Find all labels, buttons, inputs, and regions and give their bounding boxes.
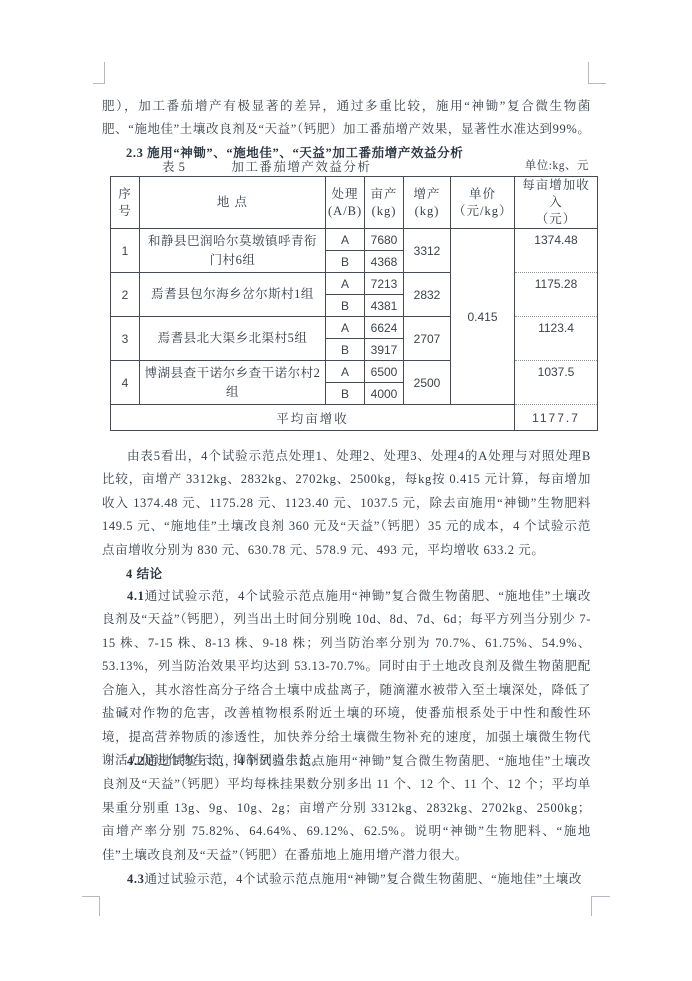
- crop-mark-top-left-icon: [93, 62, 105, 84]
- treatment-a-cell: A: [326, 317, 365, 339]
- income-cell: 1037.5: [515, 361, 598, 405]
- header-treatment: 处理(A/B): [326, 177, 365, 229]
- analysis-paragraph: 由表5看出，4个试验示范点处理1、处理2、处理3、处理4的A处理与对照处理B比较…: [102, 445, 591, 563]
- header-location: 地 点: [140, 177, 326, 229]
- conclusion-4-1-text: 通过试验示范，4个试验示范点施用“神锄”复合微生物菌肥、“施地佳”土壤改良剂及“…: [102, 589, 591, 768]
- table-label: 表 5: [110, 157, 185, 175]
- crop-mark-bottom-left-icon: [82, 896, 100, 916]
- average-income-value: 1177.7: [515, 405, 598, 431]
- treatment-b-cell: B: [326, 339, 365, 361]
- conclusion-4-2-label: 4.2: [127, 754, 144, 768]
- treatment-b-cell: B: [326, 295, 365, 317]
- yield-a-cell: 7680: [365, 229, 404, 251]
- conclusion-heading: 4 结论: [102, 563, 591, 587]
- conclusion-4-2-text: 通过试验示范，4个试验示范点施用“神锄”复合微生物菌肥、“施地佳”土壤改良剂及“…: [102, 754, 591, 862]
- conclusion-4-3-label: 4.3: [127, 872, 144, 886]
- header-unit-price: 单价（元/kg）: [451, 177, 515, 229]
- increase-cell: 2707: [404, 317, 451, 361]
- conclusion-4-3-text: 通过试验示范，4个试验示范点施用“神锄”复合微生物菌肥、“施地佳”土壤改: [144, 872, 582, 886]
- header-index: 序号: [111, 177, 140, 229]
- treatment-b-cell: B: [326, 383, 365, 405]
- income-cell: 1123.4: [515, 317, 598, 361]
- increase-cell: 3312: [404, 229, 451, 273]
- location-cell: 焉耆县北大渠乡北渠村5组: [140, 317, 326, 361]
- header-income: 每亩增加收入（元）: [515, 177, 598, 229]
- treatment-a-cell: A: [326, 361, 365, 383]
- treatment-a-cell: A: [326, 273, 365, 295]
- table-title: 加工番茄增产效益分析: [231, 157, 371, 175]
- location-cell: 和静县巴润哈尔莫墩镇呼青衔门村6组: [140, 229, 326, 273]
- table-row: 2 焉耆县包尔海乡岔尔斯村1组 A 7213 2832 1175.28: [111, 273, 598, 295]
- row-index: 3: [111, 317, 140, 361]
- treatment-b-cell: B: [326, 251, 365, 273]
- table-row: 3 焉耆县北大渠乡北渠村5组 A 6624 2707 1123.4: [111, 317, 598, 339]
- yield-b-cell: 4368: [365, 251, 404, 273]
- row-index: 1: [111, 229, 140, 273]
- yield-a-cell: 6624: [365, 317, 404, 339]
- increase-cell: 2832: [404, 273, 451, 317]
- document-page: 肥），加工番茄增产有极显著的差异，通过多重比较，施用“神锄”复合微生物菌肥、“施…: [0, 0, 692, 981]
- yield-b-cell: 3917: [365, 339, 404, 361]
- table-unit-note: 单位:kg、元: [525, 157, 597, 175]
- yield-a-cell: 7213: [365, 273, 404, 295]
- crop-mark-top-right-icon: [588, 62, 606, 84]
- header-increase: 增产(kg): [404, 177, 451, 229]
- increase-cell: 2500: [404, 361, 451, 405]
- increase-benefit-table: 序号 地 点 处理(A/B) 亩产(kg) 增产(kg) 单价（元/kg） 每亩…: [110, 176, 598, 431]
- location-cell: 焉耆县包尔海乡岔尔斯村1组: [140, 273, 326, 317]
- location-cell: 博湖县查干诺尔乡查干诺尔村2组: [140, 361, 326, 405]
- header-yield: 亩产(kg): [365, 177, 404, 229]
- table-row: 1 和静县巴润哈尔莫墩镇呼青衔门村6组 A 7680 3312 0.415 13…: [111, 229, 598, 251]
- conclusion-4-2: 4.2通过试验示范，4个试验示范点施用“神锄”复合微生物菌肥、“施地佳”土壤改良…: [102, 750, 591, 868]
- table-caption: 表 5 加工番茄增产效益分析 单位:kg、元: [110, 157, 597, 175]
- table-footer-row: 平均亩增收 1177.7: [111, 405, 598, 431]
- row-index: 2: [111, 273, 140, 317]
- income-cell: 1175.28: [515, 273, 598, 317]
- intro-paragraph: 肥），加工番茄增产有极显著的差异，通过多重比较，施用“神锄”复合微生物菌肥、“施…: [102, 95, 591, 142]
- yield-b-cell: 4000: [365, 383, 404, 405]
- table-header-row: 序号 地 点 处理(A/B) 亩产(kg) 增产(kg) 单价（元/kg） 每亩…: [111, 177, 598, 229]
- row-index: 4: [111, 361, 140, 405]
- yield-b-cell: 4381: [365, 295, 404, 317]
- conclusion-4-3: 4.3通过试验示范，4个试验示范点施用“神锄”复合微生物菌肥、“施地佳”土壤改: [102, 868, 591, 892]
- yield-a-cell: 6500: [365, 361, 404, 383]
- average-income-label: 平均亩增收: [111, 405, 515, 431]
- income-cell: 1374.48: [515, 229, 598, 273]
- table-row: 4 博湖县查干诺尔乡查干诺尔村2组 A 6500 2500 1037.5: [111, 361, 598, 383]
- conclusion-4-1-label: 4.1: [127, 589, 144, 603]
- treatment-a-cell: A: [326, 229, 365, 251]
- unit-price-cell: 0.415: [451, 229, 515, 405]
- conclusion-4-1: 4.1通过试验示范，4个试验示范点施用“神锄”复合微生物菌肥、“施地佳”土壤改良…: [102, 585, 591, 773]
- crop-mark-bottom-right-icon: [591, 896, 610, 916]
